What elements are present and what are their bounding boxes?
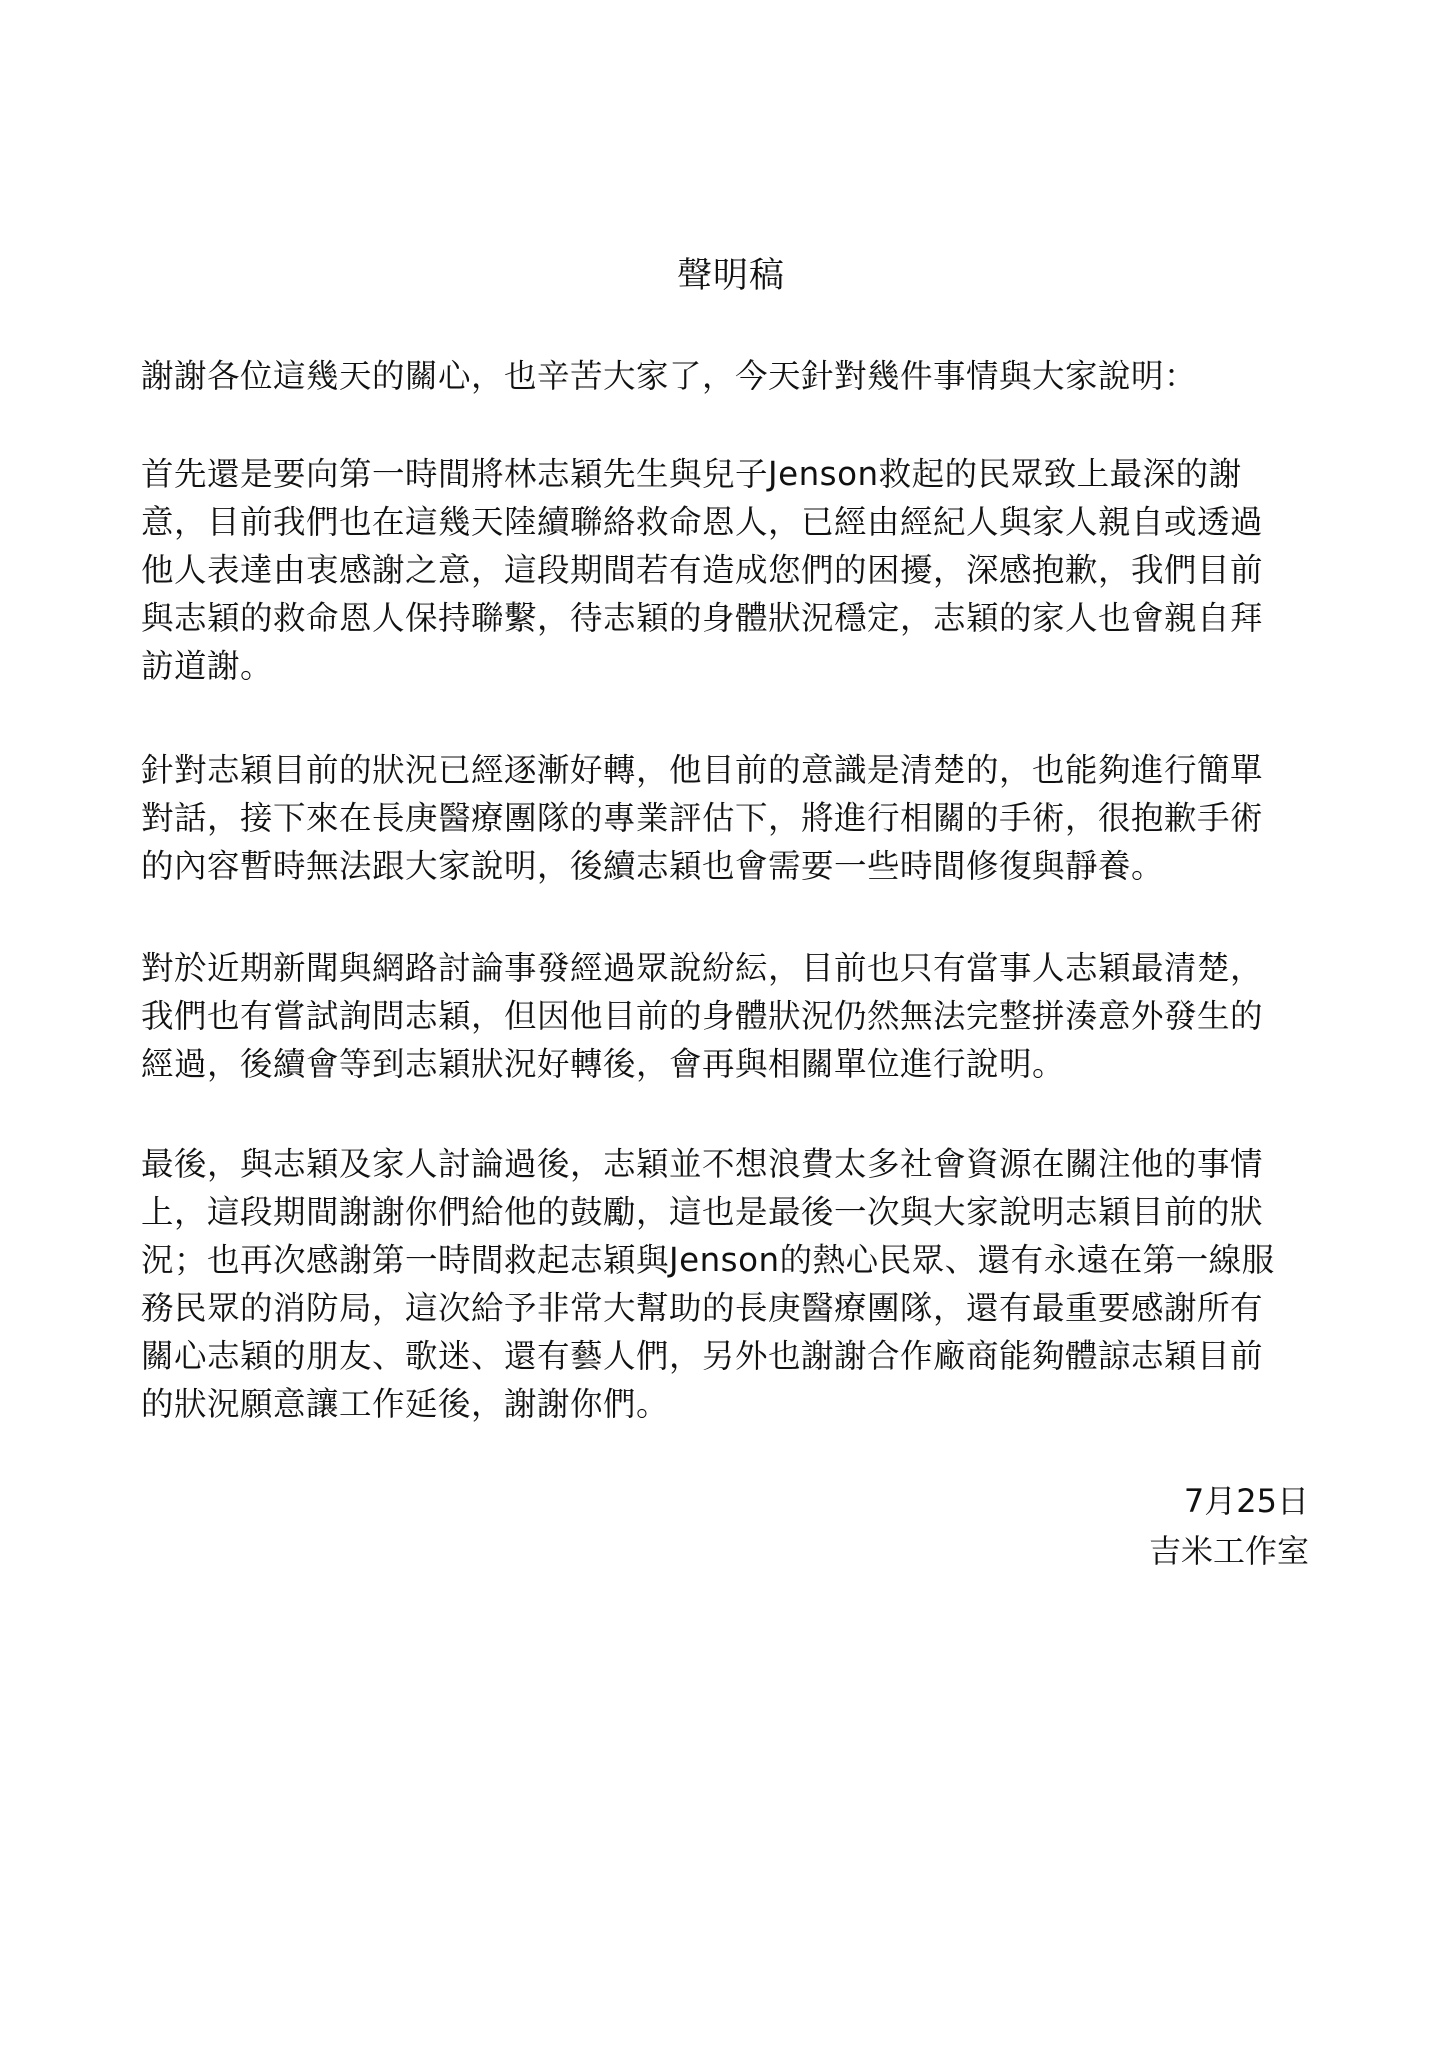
paragraph-thanks-rescuers: 首先還是要向第一時間將林志穎先生與兒子Jenson救起的民眾致上最深的謝 意，目… <box>141 450 1321 690</box>
text-line: 的狀況願意讓工作延後，謝謝你們。 <box>141 1380 1321 1428</box>
paragraph-news: 對於近期新聞與網路討論事發經過眾說紛紜，目前也只有當事人志穎最清楚， 我們也有嘗… <box>141 944 1321 1088</box>
text-line: 謝謝各位這幾天的關心，也辛苦大家了，今天針對幾件事情與大家說明： <box>141 352 1321 400</box>
paragraph-condition: 針對志穎目前的狀況已經逐漸好轉，他目前的意識是清楚的，也能夠進行簡單 對話，接下… <box>141 746 1321 890</box>
text-line: 我們也有嘗試詢問志穎，但因他目前的身體狀況仍然無法完整拼湊意外發生的 <box>141 992 1321 1040</box>
text-line: 他人表達由衷感謝之意，這段期間若有造成您們的困擾，深感抱歉，我們目前 <box>141 546 1321 594</box>
text-line: 首先還是要向第一時間將林志穎先生與兒子Jenson救起的民眾致上最深的謝 <box>141 450 1321 498</box>
text-line: 對話，接下來在長庚醫療團隊的專業評估下，將進行相關的手術，很抱歉手術 <box>141 794 1321 842</box>
signature-organization: 吉米工作室 <box>1149 1526 1309 1576</box>
paragraph-closing: 最後，與志穎及家人討論過後，志穎並不想浪費太多社會資源在關注他的事情 上，這段期… <box>141 1140 1321 1428</box>
text-line: 最後，與志穎及家人討論過後，志穎並不想浪費太多社會資源在關注他的事情 <box>141 1140 1321 1188</box>
paragraph-intro: 謝謝各位這幾天的關心，也辛苦大家了，今天針對幾件事情與大家說明： <box>141 352 1321 400</box>
text-line: 經過，後續會等到志穎狀況好轉後，會再與相關單位進行說明。 <box>141 1040 1321 1088</box>
document-title: 聲明稿 <box>141 252 1321 300</box>
text-line: 上，這段期間謝謝你們給他的鼓勵，這也是最後一次與大家說明志穎目前的狀 <box>141 1188 1321 1236</box>
text-line: 的內容暫時無法跟大家說明，後續志穎也會需要一些時間修復與靜養。 <box>141 842 1321 890</box>
text-line: 意，目前我們也在這幾天陸續聯絡救命恩人，已經由經紀人與家人親自或透過 <box>141 498 1321 546</box>
text-line: 對於近期新聞與網路討論事發經過眾說紛紜，目前也只有當事人志穎最清楚， <box>141 944 1321 992</box>
text-line: 與志穎的救命恩人保持聯繫，待志穎的身體狀況穩定，志穎的家人也會親自拜 <box>141 594 1321 642</box>
signature-date: 7月25日 <box>1184 1476 1309 1526</box>
text-line: 關心志穎的朋友、歌迷、還有藝人們，另外也謝謝合作廠商能夠體諒志穎目前 <box>141 1332 1321 1380</box>
text-line: 訪道謝。 <box>141 642 1321 690</box>
text-line: 況；也再次感謝第一時間救起志穎與Jenson的熱心民眾、還有永遠在第一線服 <box>141 1236 1321 1284</box>
text-line: 務民眾的消防局，這次給予非常大幫助的長庚醫療團隊，還有最重要感謝所有 <box>141 1284 1321 1332</box>
text-line: 針對志穎目前的狀況已經逐漸好轉，他目前的意識是清楚的，也能夠進行簡單 <box>141 746 1321 794</box>
